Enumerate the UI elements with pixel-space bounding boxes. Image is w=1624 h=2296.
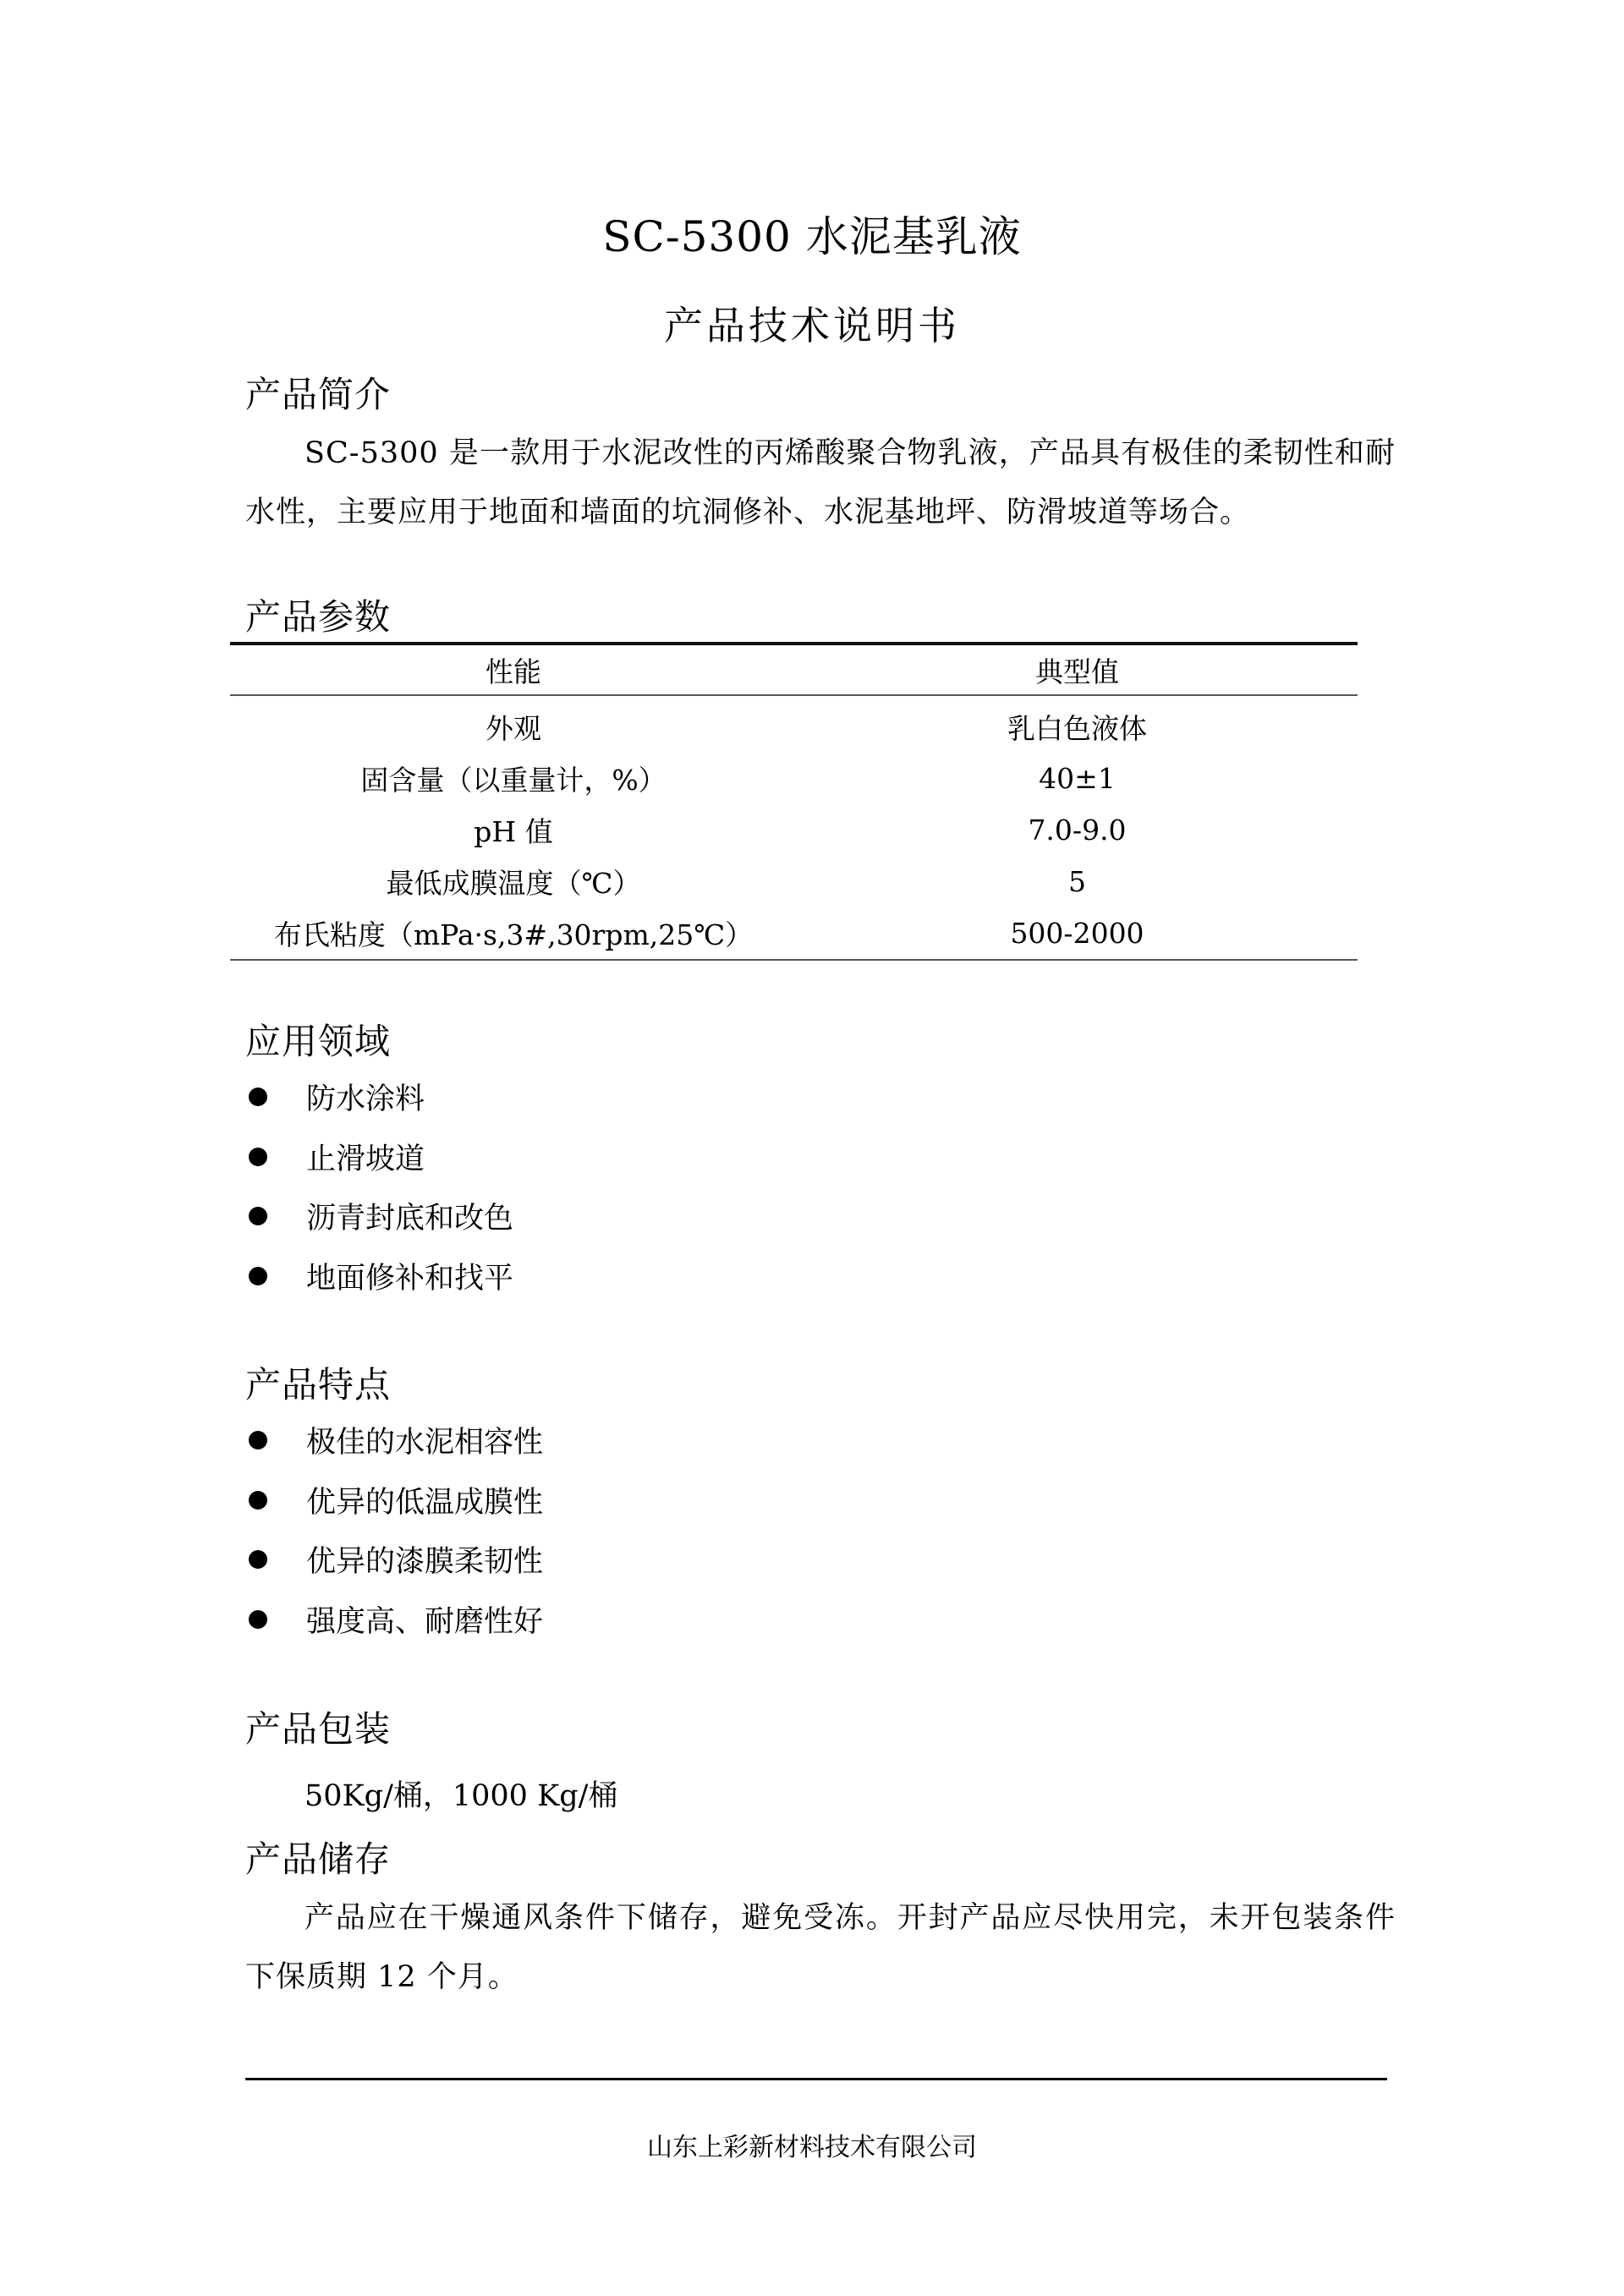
document-title: SC-5300 水泥基乳液: [0, 210, 1624, 264]
table-row: 布氏粘度（mPa·s,3#,30rpm,25℃） 500-2000: [230, 907, 1358, 960]
bullet-icon: [249, 1550, 267, 1569]
bullet-icon: [249, 1267, 267, 1285]
table-cell-property: 最低成膜温度（℃）: [230, 856, 797, 907]
table-cell-value: 5: [797, 856, 1358, 907]
section-heading-intro: 产品简介: [245, 372, 391, 418]
list-item-label: 止滑坡道: [306, 1136, 425, 1178]
document-subtitle: 产品技术说明书: [0, 300, 1624, 351]
list-item-label: 沥青封底和改色: [306, 1195, 513, 1237]
table-cell-value: 乳白色液体: [797, 695, 1358, 753]
list-item-label: 优异的漆膜柔韧性: [306, 1538, 543, 1581]
list-item: 防水涂料: [245, 1067, 513, 1127]
list-item: 优异的漆膜柔韧性: [245, 1530, 543, 1590]
section-heading-parameters: 产品参数: [245, 595, 391, 640]
storage-paragraph: 产品应在干燥通风条件下储存，避免受冻。开封产品应尽快用完，未开包装条件下保质期 …: [245, 1888, 1396, 2007]
list-item-label: 地面修补和找平: [306, 1255, 513, 1297]
list-item: 止滑坡道: [245, 1127, 513, 1187]
list-item-label: 强度高、耐磨性好: [306, 1598, 543, 1641]
section-heading-features: 产品特点: [245, 1362, 391, 1408]
section-heading-storage: 产品储存: [245, 1837, 391, 1882]
table-row: 最低成膜温度（℃） 5: [230, 856, 1358, 907]
bullet-icon: [249, 1431, 267, 1449]
footer-company-name: 山东上彩新材料技术有限公司: [0, 2131, 1624, 2165]
bullet-icon: [249, 1148, 267, 1166]
footer-divider: [245, 2078, 1387, 2080]
bullet-icon: [249, 1610, 267, 1629]
table-cell-property: 固含量（以重量计，%）: [230, 753, 797, 804]
list-item-label: 极佳的水泥相容性: [306, 1419, 543, 1461]
column-header-property: 性能: [230, 644, 797, 695]
bullet-icon: [249, 1088, 267, 1106]
table-cell-value: 40±1: [797, 753, 1358, 804]
list-item: 强度高、耐磨性好: [245, 1590, 543, 1650]
table-cell-property: 布氏粘度（mPa·s,3#,30rpm,25℃）: [230, 907, 797, 960]
column-header-value: 典型值: [797, 644, 1358, 695]
intro-paragraph: SC-5300 是一款用于水泥改性的丙烯酸聚合物乳液，产品具有极佳的柔韧性和耐水…: [245, 424, 1396, 542]
list-item: 极佳的水泥相容性: [245, 1411, 543, 1471]
list-item-label: 防水涂料: [306, 1076, 425, 1118]
applications-list: 防水涂料 止滑坡道 沥青封底和改色 地面修补和找平: [245, 1067, 513, 1306]
table-row: pH 值 7.0-9.0: [230, 804, 1358, 856]
packaging-text: 50Kg/桶，1000 Kg/桶: [304, 1776, 617, 1817]
features-list: 极佳的水泥相容性 优异的低温成膜性 优异的漆膜柔韧性 强度高、耐磨性好: [245, 1411, 543, 1649]
list-item: 优异的低温成膜性: [245, 1471, 543, 1531]
list-item: 地面修补和找平: [245, 1247, 513, 1307]
document-page: SC-5300 水泥基乳液 产品技术说明书 产品简介 SC-5300 是一款用于…: [0, 0, 1624, 2296]
bullet-icon: [249, 1207, 267, 1225]
table-cell-value: 500-2000: [797, 907, 1358, 960]
section-heading-packaging: 产品包装: [245, 1707, 391, 1752]
table-row: 固含量（以重量计，%） 40±1: [230, 753, 1358, 804]
bullet-icon: [249, 1491, 267, 1510]
list-item-label: 优异的低温成膜性: [306, 1479, 543, 1521]
table-cell-property: 外观: [230, 695, 797, 753]
table-header-row: 性能 典型值: [230, 644, 1358, 695]
list-item: 沥青封底和改色: [245, 1186, 513, 1247]
table-cell-property: pH 值: [230, 804, 797, 856]
table-row: 外观 乳白色液体: [230, 695, 1358, 753]
section-heading-applications: 应用领域: [245, 1019, 391, 1065]
table-cell-value: 7.0-9.0: [797, 804, 1358, 856]
parameters-table: 性能 典型值 外观 乳白色液体 固含量（以重量计，%） 40±1 pH 值 7.…: [230, 642, 1358, 961]
